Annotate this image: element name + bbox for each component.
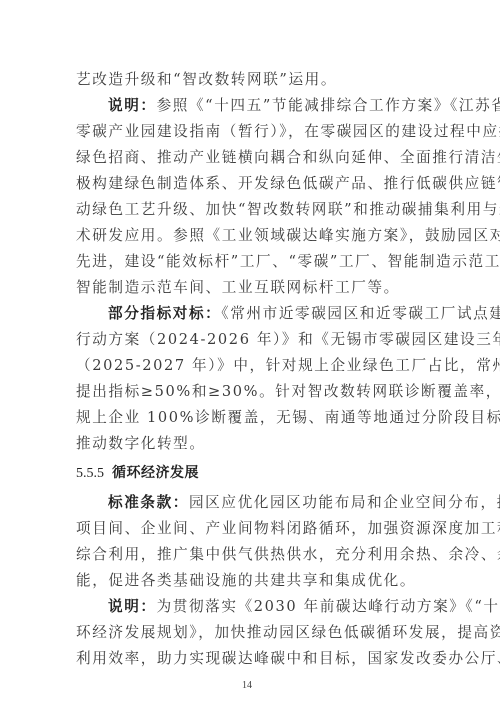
text-line: 极构建绿色制造体系、开发绿色低碳产品、推行低碳供应链管理、推 xyxy=(76,174,426,194)
text-line: 综合利用，推广集中供气供热供水，充分利用余热、余冷、余压等余 xyxy=(76,545,426,565)
paragraph-label: 标准条款： xyxy=(108,494,189,511)
text-line: 标准条款：园区应优化园区功能布局和企业空间分布，推动园区 xyxy=(108,493,426,513)
text-line: （2025-2027 年）》中，针对规上企业绿色工厂占比，常州和无锡分别 xyxy=(76,356,426,376)
text-line: 说明：为贯彻落实《2030 年前碳达峰行动方案》《“十四五”循 xyxy=(108,597,426,617)
text-span: 参照《“十四五”节能减排综合工作方案》《江苏省（近） xyxy=(157,97,500,114)
paragraph-label: 说明： xyxy=(108,598,157,615)
text-line: 零碳产业园建设指南（暂行）》，在零碳园区的建设过程中应推行产业 xyxy=(76,122,426,142)
text-line: 能，促进各类基础设施的共建共享和集成优化。 xyxy=(76,571,426,591)
paragraph-label: 说明： xyxy=(108,97,157,114)
text-span: 《常州市近零碳园区和近零碳工厂试点建设三年 xyxy=(221,305,500,322)
text-line: 动绿色工艺升级、加快“智改数转网联”和推动碳捕集利用与封存技 xyxy=(76,200,426,220)
document-page: 艺改造升级和“智改数转网联”运用。 说明：参照《“十四五”节能减排综合工作方案》… xyxy=(0,0,500,707)
text-span: 园区应优化园区功能布局和企业空间分布，推动园区 xyxy=(189,494,500,511)
text-line: 提出指标≥50%和≥30%。针对智改数转网联诊断覆盖率，常州要求 xyxy=(76,382,426,402)
text-line: 行动方案（2024-2026 年）》和《无锡市零碳园区建设三年行动方案 xyxy=(76,330,426,350)
text-line: 绿色招商、推动产业链横向耦合和纵向延伸、全面推行清洁生产、积 xyxy=(76,148,426,168)
text-line: 先进，建设“能效标杆”工厂、“零碳”工厂、智能制造示范工厂、 xyxy=(76,252,426,272)
text-line: 智能制造示范车间、工业互联网标杆工厂等。 xyxy=(76,278,426,298)
text-line: 推动数字化转型。 xyxy=(76,434,426,454)
text-line: 说明：参照《“十四五”节能减排综合工作方案》《江苏省（近） xyxy=(108,96,426,116)
section-heading: 5.5.5循环经济发展 xyxy=(76,463,199,484)
paragraph-label: 部分指标对标： xyxy=(108,305,221,322)
section-title: 循环经济发展 xyxy=(112,465,199,481)
text-line: 规上企业 100%诊断覆盖，无锡、南通等地通过分阶段目标（20%-50%） xyxy=(76,408,426,428)
text-line: 术研发应用。参照《工业领域碳达峰实施方案》，鼓励园区对标国际 xyxy=(76,226,426,246)
text-span: 为贯彻落实《2030 年前碳达峰行动方案》《“十四五”循 xyxy=(157,598,500,615)
text-line: 项目间、企业间、产业间物料闭路循环，加强资源深度加工和副产物 xyxy=(76,519,426,539)
text-line: 艺改造升级和“智改数转网联”运用。 xyxy=(76,70,426,90)
page-number: 14 xyxy=(242,680,252,691)
section-number: 5.5.5 xyxy=(76,466,104,481)
text-line: 部分指标对标：《常州市近零碳园区和近零碳工厂试点建设三年 xyxy=(108,304,426,324)
text-line: 利用效率，助力实现碳达峰碳中和目标，国家发改委办公厅、工业和 xyxy=(76,649,426,669)
text-line: 环经济发展规划》，加快推动园区绿色低碳循环发展，提高资源能源 xyxy=(76,623,426,643)
